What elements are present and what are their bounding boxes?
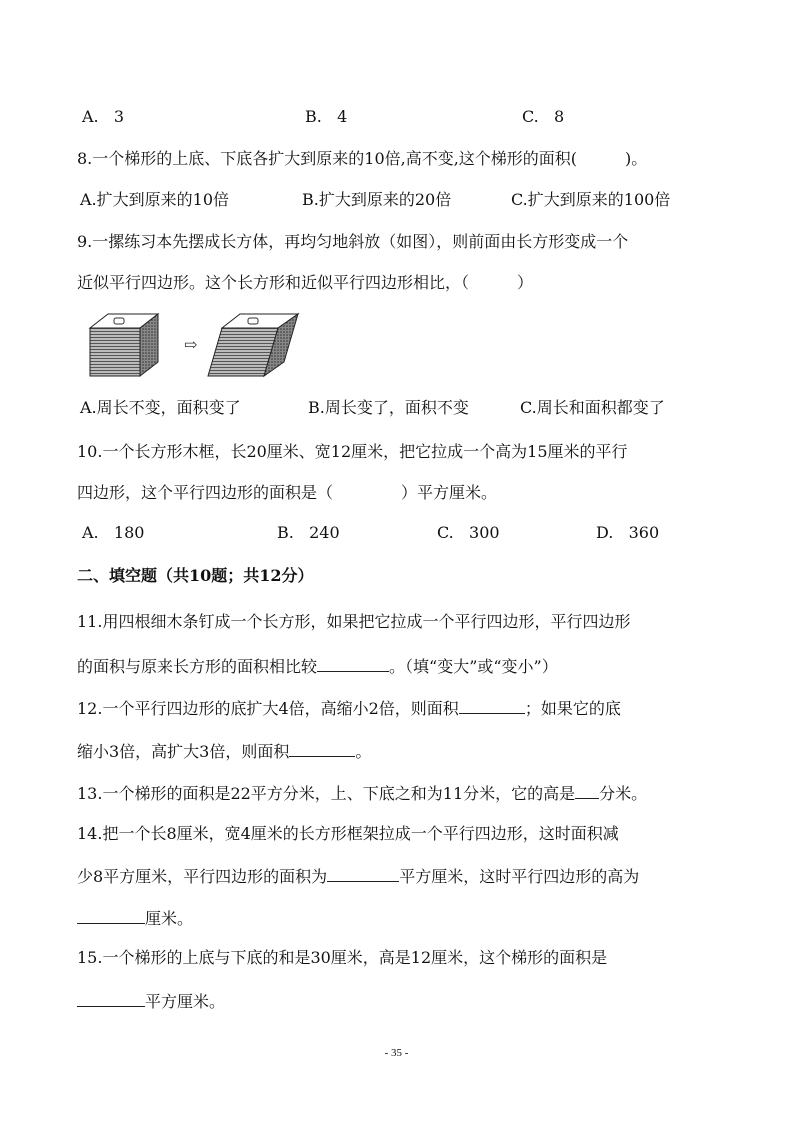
q13-stem-text: 13.一个梯形的面积是22平方分米，上、下底之和为11分米，它的高是 xyxy=(77,784,575,803)
answer-blank[interactable] xyxy=(575,782,599,799)
section-heading-fill-in: 二、填空题（共10题；共12分） xyxy=(77,566,314,586)
option-letter: A. xyxy=(82,523,99,542)
q15-stem-line1: 15.一个梯形的上底与下底的和是30厘米，高是12厘米，这个梯形的面积是 xyxy=(77,948,607,968)
option-value: 300 xyxy=(469,523,500,542)
q15-stem-end: 平方厘米。 xyxy=(145,992,225,1011)
q14-stem-text-b: 平方厘米，这时平行四边形的高为 xyxy=(399,867,639,886)
option-value: 3 xyxy=(114,107,124,126)
q13-stem: 13.一个梯形的面积是22平方分米，上、下底之和为11分米，它的高是分米。 xyxy=(77,782,647,804)
q11-stem-line2: 的面积与原来长方形的面积相比较。（填“变大”或“变小”） xyxy=(77,655,558,677)
q14-stem-line1: 14.把一个长8厘米，宽4厘米的长方形框架拉成一个平行四边形，这时面积减 xyxy=(77,824,619,844)
q10-option-c: C. 300 xyxy=(437,523,500,543)
q15-stem-line2: 平方厘米。 xyxy=(77,990,225,1012)
q11-stem-line1: 11.用四根细木条钉成一个长方形，如果把它拉成一个平行四边形，平行四边形 xyxy=(77,612,630,632)
q8-stem-end: )。 xyxy=(625,149,647,168)
option-value: 360 xyxy=(629,523,660,542)
q14-stem-line2: 少8平方厘米，平行四边形的面积为平方厘米，这时平行四边形的高为 xyxy=(77,865,639,887)
q10-option-b: B. 240 xyxy=(277,523,340,543)
option-value: 4 xyxy=(337,107,347,126)
q10-stem-text: 四边形，这个平行四边形的面积是（ xyxy=(77,483,333,502)
q8-stem-text: 8.一个梯形的上底、下底各扩大到原来的10倍,高不变,这个梯形的面积( xyxy=(77,149,577,168)
q8-option-c: C.扩大到原来的100倍 xyxy=(511,190,670,210)
option-value: 240 xyxy=(309,523,340,542)
q12-stem-line2: 缩小3倍，高扩大3倍，则面积。 xyxy=(77,740,371,762)
q14-stem-end: 厘米。 xyxy=(145,909,193,928)
q9-stem-end: ） xyxy=(517,273,533,292)
q9-stem-text: 近似平行四边形。这个长方形和近似平行四边形相比，（ xyxy=(77,273,469,292)
stack-illustration-icon: ⇨ xyxy=(88,310,318,380)
answer-blank[interactable] xyxy=(459,697,525,714)
q8-stem: 8.一个梯形的上底、下底各扩大到原来的10倍,高不变,这个梯形的面积()。 xyxy=(77,149,647,169)
answer-blank[interactable] xyxy=(327,865,399,882)
q13-stem-end: 分米。 xyxy=(599,784,647,803)
q9-stem-line1: 9.一摞练习本先摆成长方体，再均匀地斜放（如图），则前面由长方形变成一个 xyxy=(77,232,628,252)
q10-stem-line2: 四边形，这个平行四边形的面积是（）平方厘米。 xyxy=(77,483,497,503)
q14-stem-text: 少8平方厘米，平行四边形的面积为 xyxy=(77,867,327,886)
q7-option-b: B. 4 xyxy=(305,107,347,127)
q7-option-c: C. 8 xyxy=(522,107,564,127)
q14-stem-line3: 厘米。 xyxy=(77,907,193,929)
q8-option-a: A.扩大到原来的10倍 xyxy=(80,190,229,210)
option-letter: A. xyxy=(82,107,99,126)
q8-option-b: B.扩大到原来的20倍 xyxy=(302,190,451,210)
q7-option-a: A. 3 xyxy=(82,107,124,127)
q11-stem-text: 的面积与原来长方形的面积相比较 xyxy=(77,657,317,676)
q9-option-c: C.周长和面积都变了 xyxy=(520,398,665,418)
q9-option-b: B.周长变了，面积不变 xyxy=(308,398,469,418)
q11-stem-end: 。（填“变大”或“变小”） xyxy=(389,657,558,676)
q10-stem-end: ）平方厘米。 xyxy=(401,483,497,502)
option-letter: B. xyxy=(305,107,322,126)
q12-stem-line1: 12.一个平行四边形的底扩大4倍，高缩小2倍，则面积；如果它的底 xyxy=(77,697,621,719)
option-letter: C. xyxy=(522,107,539,126)
q9-stem-line2: 近似平行四边形。这个长方形和近似平行四边形相比，（） xyxy=(77,273,533,293)
answer-blank[interactable] xyxy=(317,655,389,672)
option-letter: C. xyxy=(437,523,454,542)
answer-blank[interactable] xyxy=(77,990,145,1007)
answer-blank[interactable] xyxy=(77,907,145,924)
q12-stem-end: 。 xyxy=(355,742,371,761)
option-letter: B. xyxy=(277,523,294,542)
page-number: - 35 - xyxy=(0,1047,793,1059)
q10-option-a: A. 180 xyxy=(82,523,144,543)
q9-option-a: A.周长不变，面积变了 xyxy=(80,398,241,418)
option-value: 8 xyxy=(554,107,564,126)
q10-option-d: D. 360 xyxy=(596,523,659,543)
q12-stem-text-c: 缩小3倍，高扩大3倍，则面积 xyxy=(77,742,289,761)
q12-stem-text: 12.一个平行四边形的底扩大4倍，高缩小2倍，则面积 xyxy=(77,699,459,718)
option-value: 180 xyxy=(114,523,145,542)
q10-stem-line1: 10.一个长方形木框，长20厘米、宽12厘米，把它拉成一个高为15厘米的平行 xyxy=(77,442,628,462)
option-letter: D. xyxy=(596,523,613,542)
svg-text:⇨: ⇨ xyxy=(184,335,197,354)
answer-blank[interactable] xyxy=(289,740,355,757)
q12-stem-text-b: ；如果它的底 xyxy=(525,699,621,718)
notebook-stack-figure: ⇨ xyxy=(88,310,318,380)
